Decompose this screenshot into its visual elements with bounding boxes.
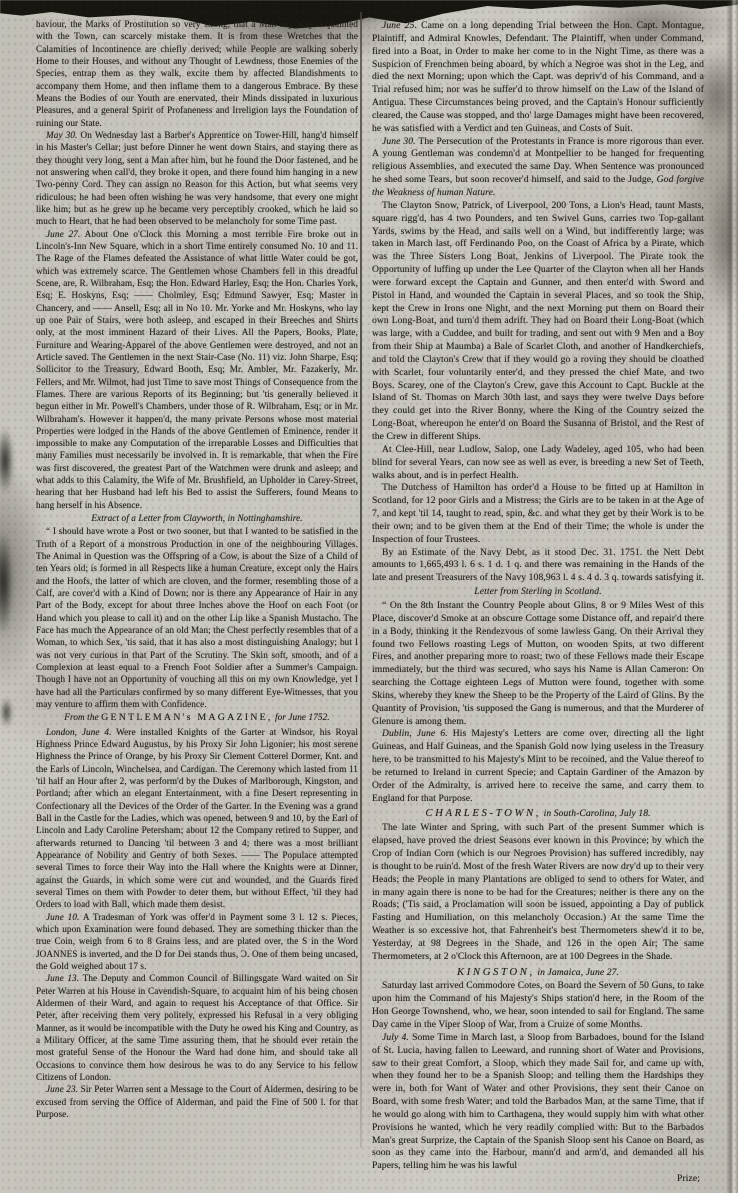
section-heading: From the GENTLEMAN's MAGAZINE, for June … [36,710,358,725]
letter-extract: “ On the 8th Instant the Country People … [372,600,704,728]
news-item: June 27. About One o'Clock this Morning … [36,228,358,512]
news-item: June 30. The Persecution of the Protesta… [372,136,704,200]
news-item: Saturday last arrived Commodore Cotes, o… [372,980,704,1031]
page-edge [726,0,738,1193]
news-item: June 25. Came on a long depending Trial … [372,20,704,136]
news-item: Dublin, June 6. His Majesty's Letters ar… [372,728,704,805]
news-item: At Clee-Hill, near Ludlow, Salop, one La… [372,444,704,483]
news-item: The Clayton Snow, Patrick, of Liverpool,… [372,200,704,444]
section-heading: CHARLES-TOWN, in South-Carolina, July 18… [372,805,704,822]
news-item: London, June 4. Were installed Knights o… [36,726,358,911]
paper-stain [0,420,20,760]
section-heading: Letter from Sterling in Scotland. [372,585,704,600]
section-heading: KINGSTON, in Jamaica, June 27. [372,964,704,981]
news-item: The late Winter and Spring, with such Pa… [372,822,704,963]
news-item: June 10. A Tradesman of York was offer'd… [36,911,358,973]
news-item: haviour, the Marks of Prostitution so ve… [36,18,358,129]
newspaper-page: haviour, the Marks of Prostitution so ve… [0,0,738,1193]
news-item: May 30. On Wednesday last a Barber's App… [36,129,358,228]
news-item: The Dutchess of Hamilton has order'd a H… [372,482,704,546]
catchword: Prize; [372,1173,704,1186]
news-item: July 4. Some Time in March last, a Sloop… [372,1032,704,1173]
news-item: By an Estimate of the Navy Debt, as it s… [372,547,704,586]
letter-extract: “ I should have wrote a Post or two soon… [36,525,358,710]
column-divider-rule [360,12,362,1148]
text-column-right: June 25. Came on a long depending Trial … [372,20,704,1188]
news-item: June 13. The Deputy and Common Council o… [36,972,358,1083]
section-heading: Extract of a Letter from Clayworth, in N… [36,511,358,525]
text-column-left: haviour, the Marks of Prostitution so ve… [36,18,358,1140]
news-item: June 23. Sir Peter Warren sent a Message… [36,1083,358,1120]
